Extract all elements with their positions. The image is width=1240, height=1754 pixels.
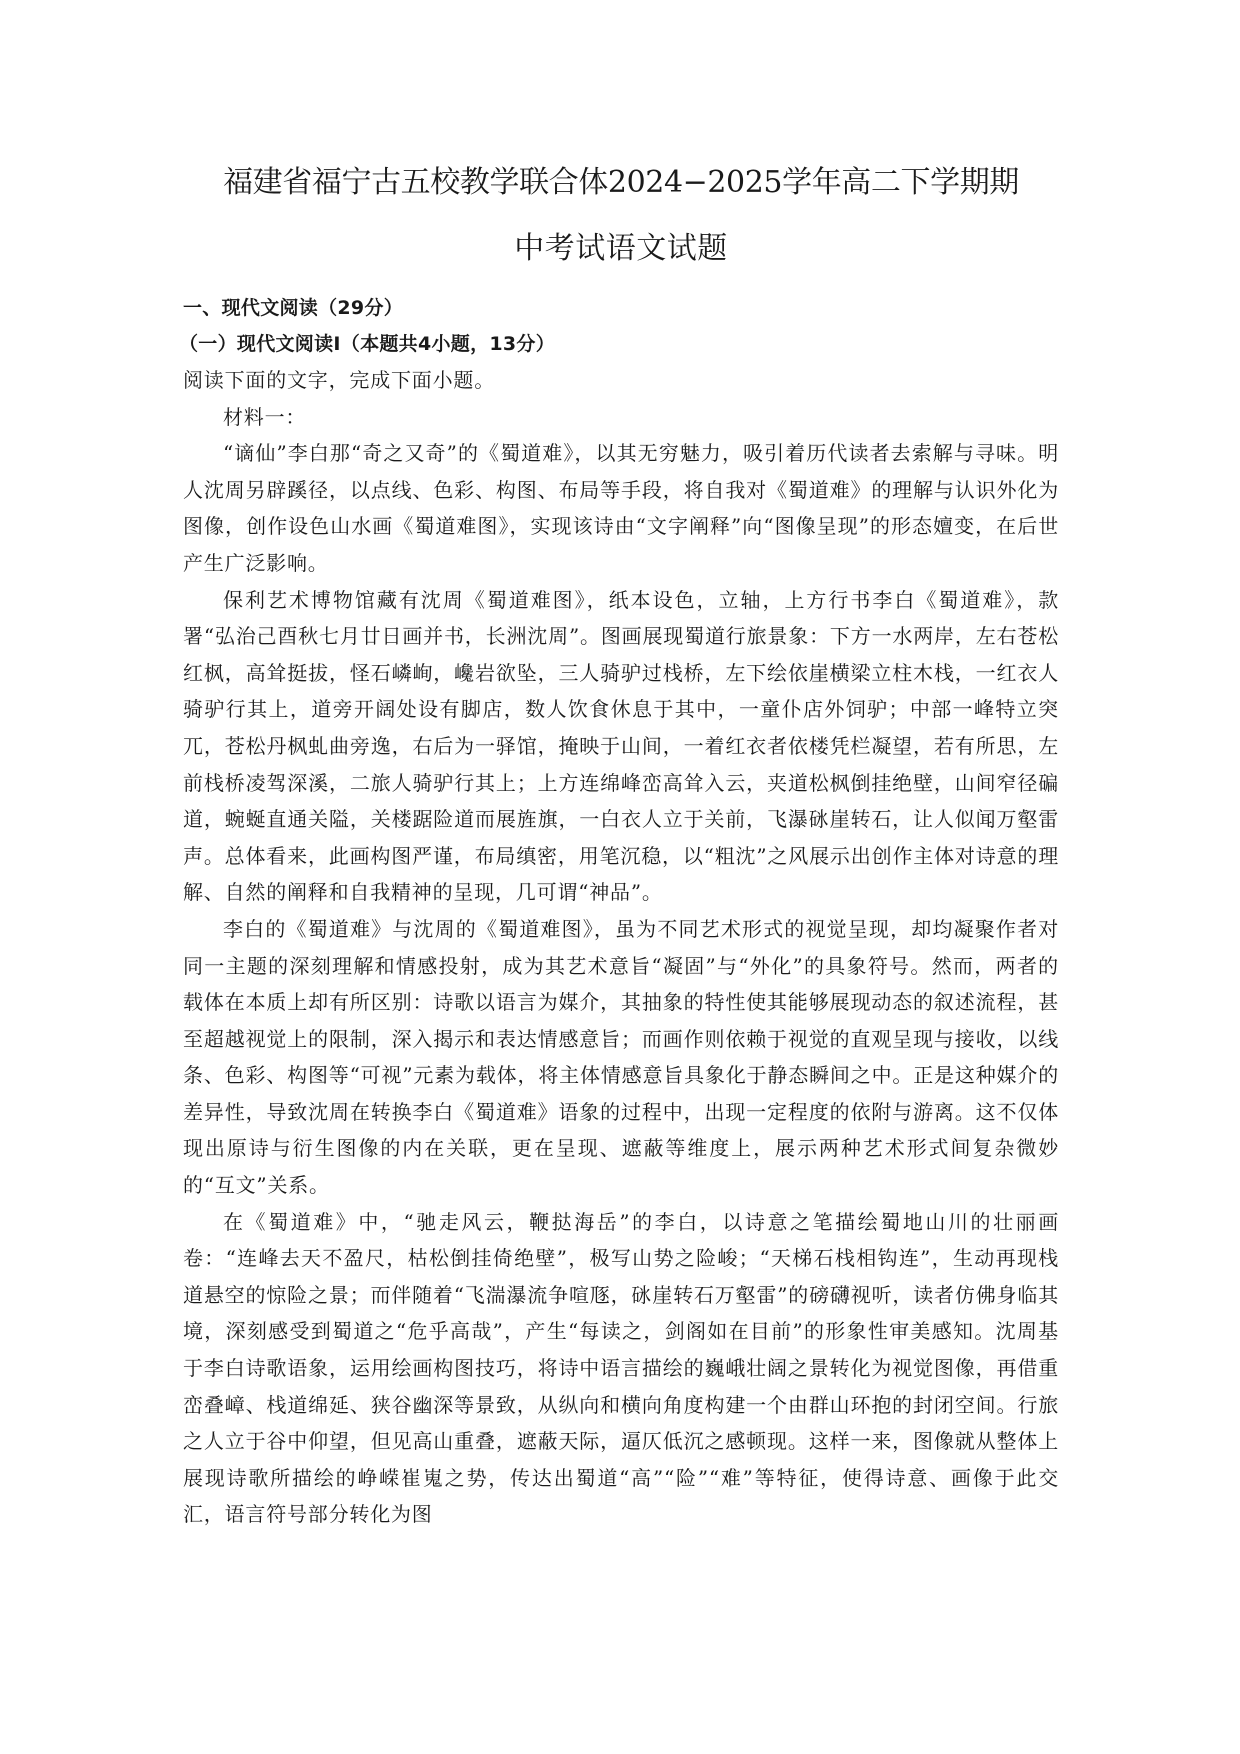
paragraph-3: 李白的《蜀道难》与沈周的《蜀道难图》，虽为不同艺术形式的视觉呈现，却均凝聚作者对… — [183, 911, 1059, 1204]
title-line-2: 中考试语文试题 — [183, 216, 1059, 282]
reading-instruction: 阅读下面的文字，完成下面小题。 — [183, 362, 1059, 399]
title-line-1: 福建省福宁古五校教学联合体2024−2025学年高二下学期期 — [183, 150, 1059, 216]
document-page: 福建省福宁古五校教学联合体2024−2025学年高二下学期期 中考试语文试题 一… — [183, 150, 1059, 1533]
subsection-heading: （一）现代文阅读Ⅰ（本题共4小题，13分） — [179, 326, 1059, 362]
paragraph-2: 保利艺术博物馆藏有沈周《蜀道难图》，纸本设色，立轴，上方行书李白《蜀道难》，款署… — [183, 582, 1059, 911]
document-title: 福建省福宁古五校教学联合体2024−2025学年高二下学期期 中考试语文试题 — [183, 150, 1059, 282]
paragraph-4: 在《蜀道难》中，“驰走风云，鞭挞海岳”的李白，以诗意之笔描绘蜀地山川的壮丽画卷：… — [183, 1204, 1059, 1533]
section-heading: 一、现代文阅读（29分） — [183, 290, 1059, 326]
paragraph-1: “谪仙”李白那“奇之又奇”的《蜀道难》，以其无穷魅力，吸引着历代读者去索解与寻味… — [183, 435, 1059, 581]
material-label: 材料一： — [183, 399, 1059, 436]
